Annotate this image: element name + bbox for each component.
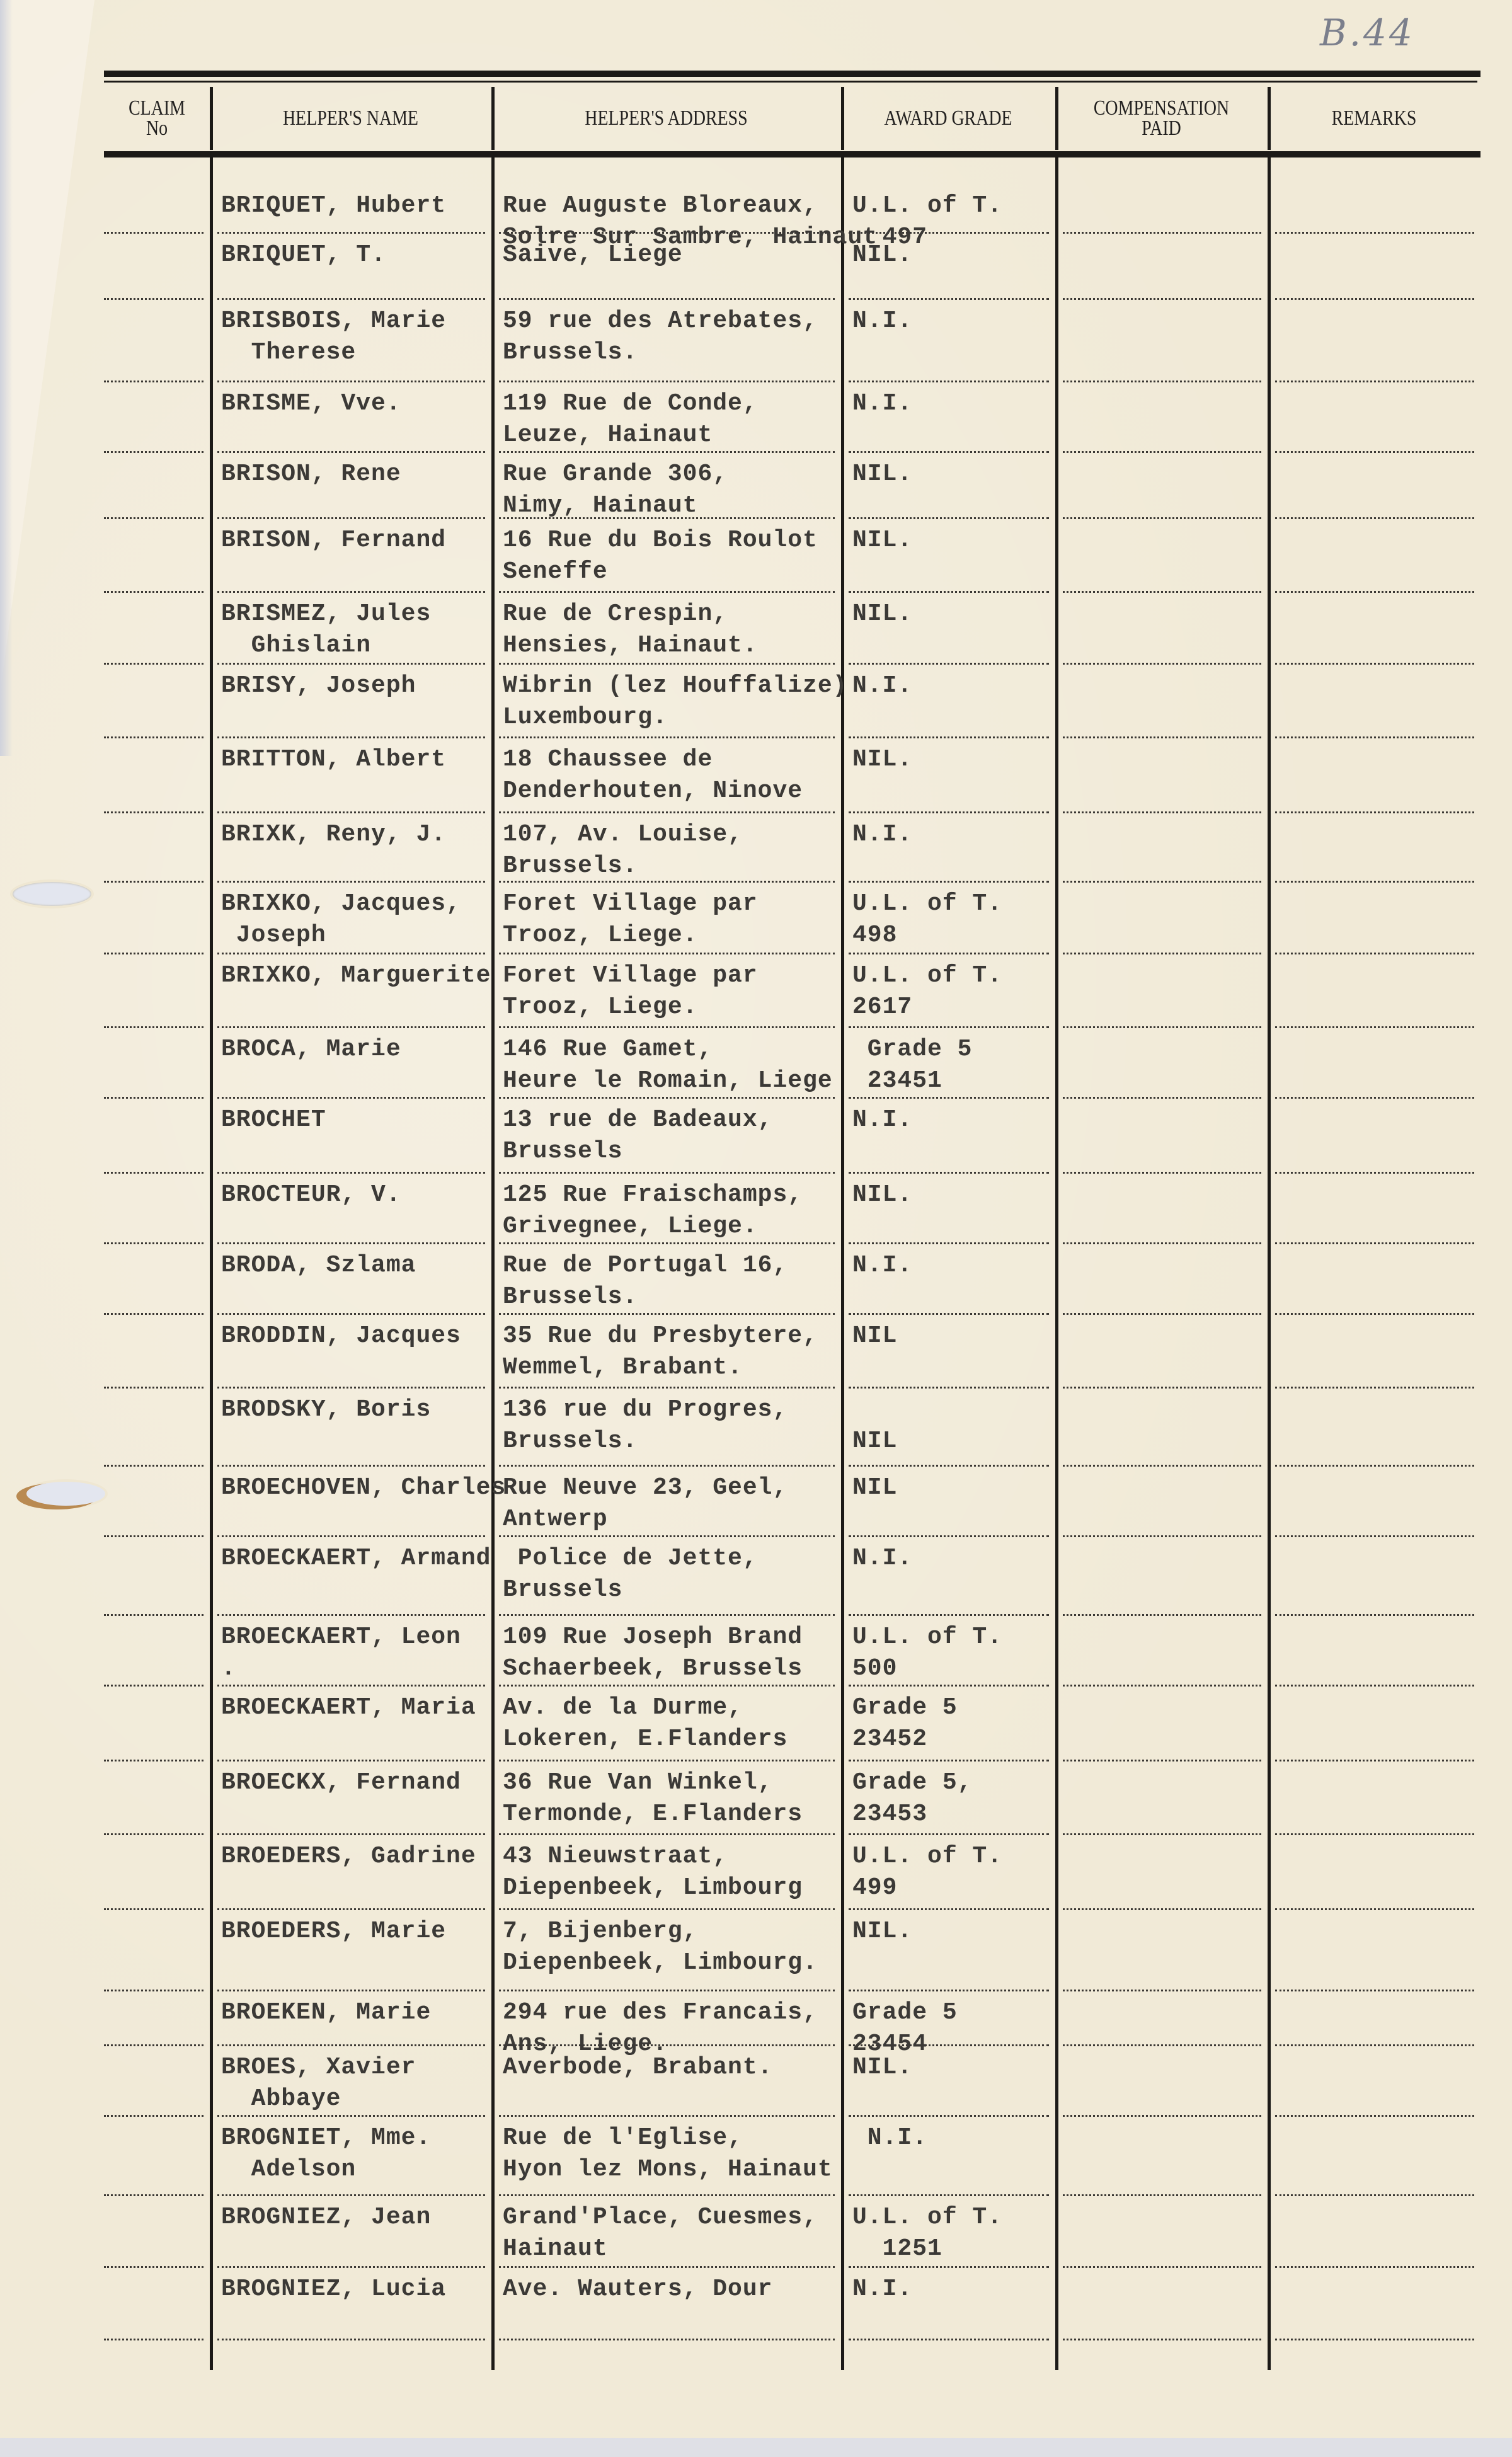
row-separator — [217, 381, 485, 382]
cell-address: 43 Nieuwstraat, Diepenbeek, Limbourg — [503, 1841, 803, 1904]
row-separator — [1275, 1833, 1474, 1835]
cell-address: 146 Rue Gamet, Heure le Romain, Liege — [503, 1034, 833, 1097]
row-separator — [1063, 1535, 1261, 1537]
cell-address: 16 Rue du Bois Roulot Seneffe — [503, 525, 818, 588]
row-separator — [1275, 298, 1474, 300]
row-separator — [849, 663, 1049, 665]
row-separator — [1063, 1760, 1261, 1761]
row-separator — [1275, 1760, 1474, 1761]
row-separator — [849, 517, 1049, 519]
document-page: B.44 CLAIM NoHELPER'S NAMEHELPER'S ADDRE… — [0, 0, 1512, 2438]
row-separator — [104, 1685, 203, 1687]
row-separator — [104, 736, 203, 738]
punch-hole — [13, 882, 91, 906]
row-separator — [499, 1833, 835, 1835]
row-separator — [849, 1760, 1049, 1761]
cell-award: Grade 5 23451 — [852, 1034, 972, 1097]
row-separator — [849, 451, 1049, 453]
cell-name: BROECKX, Fernand — [221, 1767, 461, 1799]
header-top-rule — [104, 71, 1480, 77]
row-separator — [499, 381, 835, 382]
row-separator — [104, 811, 203, 813]
row-separator — [104, 1387, 203, 1389]
row-separator — [217, 591, 485, 593]
cell-name: BROES, Xavier Abbaye — [221, 2052, 416, 2115]
row-separator — [1275, 517, 1474, 519]
row-separator — [104, 953, 203, 954]
cell-name: BROGNIEZ, Jean — [221, 2202, 431, 2233]
row-separator — [217, 1685, 485, 1687]
cell-address: Rue de Crespin, Hensies, Hainaut. — [503, 598, 758, 661]
cell-address: Rue de Portugal 16, Brussels. — [503, 1250, 787, 1313]
cell-address: 294 rue des Francais, Ans, Liege. — [503, 1997, 818, 2060]
column-divider — [491, 157, 495, 2370]
row-separator — [499, 1313, 835, 1315]
row-separator — [217, 663, 485, 665]
row-separator — [499, 451, 835, 453]
row-separator — [1275, 1026, 1474, 1028]
row-separator — [1063, 1908, 1261, 1910]
row-separator — [1275, 1313, 1474, 1315]
cell-award: NIL — [852, 1320, 897, 1352]
row-separator — [217, 1614, 485, 1616]
row-separator — [104, 1172, 203, 1174]
row-separator — [104, 1313, 203, 1315]
row-separator — [1063, 1313, 1261, 1315]
row-separator — [217, 232, 485, 234]
cell-award: Grade 5 23452 — [852, 1692, 958, 1755]
row-separator — [849, 1387, 1049, 1389]
row-separator — [499, 2194, 835, 2196]
row-separator — [217, 298, 485, 300]
column-header-address: HELPER'S ADDRESS — [523, 87, 810, 150]
cell-name: BRIXKO, Jacques, Joseph — [221, 888, 461, 951]
cell-award: N.I. — [852, 2274, 912, 2305]
row-separator — [104, 591, 203, 593]
row-separator — [1275, 451, 1474, 453]
cell-name: BROGNIEZ, Lucia — [221, 2274, 446, 2305]
cell-award: N.I. — [852, 1543, 912, 1574]
row-separator — [1275, 2339, 1474, 2340]
row-separator — [1063, 2266, 1261, 2268]
row-separator — [104, 2044, 203, 2046]
row-separator — [499, 1908, 835, 1910]
row-separator — [499, 953, 835, 954]
row-separator — [499, 2115, 835, 2117]
row-separator — [499, 1465, 835, 1467]
cell-name: BRISY, Joseph — [221, 670, 416, 702]
cell-name: BRISON, Fernand — [221, 525, 446, 556]
cell-address: 36 Rue Van Winkel, Termonde, E.Flanders — [503, 1767, 803, 1830]
header-top-thin-rule — [104, 81, 1477, 83]
cell-name: BROGNIET, Mme. Adelson — [221, 2122, 431, 2185]
row-separator — [1275, 2115, 1474, 2117]
row-separator — [849, 1614, 1049, 1616]
cell-award: N.I. — [852, 306, 912, 337]
page-edge-shadow — [0, 0, 13, 756]
row-separator — [1275, 1908, 1474, 1910]
row-separator — [217, 953, 485, 954]
row-separator — [104, 517, 203, 519]
row-separator — [1063, 591, 1261, 593]
column-header-name: HELPER'S NAME — [235, 87, 466, 150]
cell-name: BROCA, Marie — [221, 1034, 401, 1065]
row-separator — [499, 591, 835, 593]
row-separator — [499, 1614, 835, 1616]
row-separator — [1275, 381, 1474, 382]
row-separator — [849, 1097, 1049, 1099]
cell-name: BRISME, Vve. — [221, 388, 401, 420]
cell-award: NIL. — [852, 459, 912, 490]
row-separator — [1063, 2194, 1261, 2196]
row-separator — [104, 1760, 203, 1761]
cell-address: Wibrin (lez Houffalize) Luxembourg. — [503, 670, 848, 733]
row-separator — [849, 1026, 1049, 1028]
row-separator — [1063, 736, 1261, 738]
row-separator — [104, 1614, 203, 1616]
cell-name: BROCHET — [221, 1104, 326, 1136]
row-separator — [104, 1097, 203, 1099]
row-separator — [1275, 1685, 1474, 1687]
row-separator — [499, 811, 835, 813]
row-separator — [104, 381, 203, 382]
row-separator — [1063, 1242, 1261, 1244]
row-separator — [217, 2194, 485, 2196]
row-separator — [1063, 881, 1261, 883]
column-divider — [841, 157, 844, 2370]
row-separator — [104, 232, 203, 234]
cell-name: BROEDERS, Gadrine — [221, 1841, 476, 1872]
cell-name: BRISMEZ, Jules Ghislain — [221, 598, 431, 661]
header-column-divider — [491, 87, 495, 150]
row-separator — [217, 1535, 485, 1537]
cell-award: U.L. of T. 2617 — [852, 960, 1002, 1023]
cell-award: NIL. — [852, 1916, 912, 1947]
cell-award: U.L. of T. 499 — [852, 1841, 1002, 1904]
cell-address: Foret Village par Trooz, Liege. — [503, 960, 758, 1023]
row-separator — [217, 1465, 485, 1467]
row-separator — [104, 663, 203, 665]
cell-award: U.L. of T. 1251 — [852, 2202, 1002, 2265]
row-separator — [1063, 2044, 1261, 2046]
row-separator — [499, 1097, 835, 1099]
row-separator — [104, 1990, 203, 1991]
row-separator — [849, 2339, 1049, 2340]
row-separator — [1275, 2044, 1474, 2046]
row-separator — [1275, 1097, 1474, 1099]
cell-name: BROECKAERT, Leon . — [221, 1622, 461, 1685]
row-separator — [499, 1172, 835, 1174]
cell-award: NIL. — [852, 239, 912, 271]
cell-award: N.I. — [852, 670, 912, 702]
cell-address: 109 Rue Joseph Brand Schaerbeek, Brussel… — [503, 1622, 803, 1685]
cell-address: Police de Jette, Brussels — [503, 1543, 758, 1606]
row-separator — [1063, 1387, 1261, 1389]
row-separator — [1063, 232, 1261, 234]
row-separator — [1063, 1833, 1261, 1835]
row-separator — [104, 1535, 203, 1537]
reference-mark: B.44 — [1320, 11, 1415, 54]
cell-award: N.I. — [852, 1250, 912, 1281]
cell-award: NIL. — [852, 2052, 912, 2083]
cell-award: NIL. — [852, 1179, 912, 1211]
row-separator — [499, 663, 835, 665]
cell-award: N.I. — [852, 1104, 912, 1136]
row-separator — [1275, 1242, 1474, 1244]
cell-name: BRIXKO, Marguerite — [221, 960, 491, 992]
row-separator — [1063, 953, 1261, 954]
row-separator — [1275, 1387, 1474, 1389]
row-separator — [849, 811, 1049, 813]
row-separator — [1275, 663, 1474, 665]
cell-address: 18 Chaussee de Denderhouten, Ninove — [503, 744, 803, 807]
header-column-divider — [1268, 87, 1271, 150]
row-separator — [849, 381, 1049, 382]
row-separator — [104, 451, 203, 453]
header-bottom-rule — [104, 151, 1480, 157]
row-separator — [217, 1760, 485, 1761]
row-separator — [104, 1242, 203, 1244]
cell-award: NIL. — [852, 525, 912, 556]
row-separator — [1063, 1172, 1261, 1174]
row-separator — [1275, 2194, 1474, 2196]
row-separator — [499, 1387, 835, 1389]
row-separator — [217, 811, 485, 813]
cell-name: BROECKAERT, Maria — [221, 1692, 476, 1724]
row-separator — [1063, 1990, 1261, 1991]
row-separator — [104, 881, 203, 883]
cell-address: Ave. Wauters, Dour — [503, 2274, 772, 2305]
row-separator — [104, 2194, 203, 2196]
column-header-award: AWARD GRADE — [861, 87, 1036, 150]
cell-address: Rue Grande 306, Nimy, Hainaut — [503, 459, 728, 522]
row-separator — [217, 1026, 485, 1028]
cell-name: BRIXK, Reny, J. — [221, 819, 446, 850]
cell-address: 13 rue de Badeaux, Brussels — [503, 1104, 772, 1167]
row-separator — [1063, 2115, 1261, 2117]
row-separator — [849, 2194, 1049, 2196]
row-separator — [217, 2115, 485, 2117]
row-separator — [849, 591, 1049, 593]
cell-address: 7, Bijenberg, Diepenbeek, Limbourg. — [503, 1916, 818, 1979]
row-separator — [849, 881, 1049, 883]
column-divider — [210, 157, 213, 2370]
row-separator — [1275, 1535, 1474, 1537]
cell-award: U.L. of T. 498 — [852, 888, 1002, 951]
row-separator — [1063, 1685, 1261, 1687]
row-separator — [104, 1465, 203, 1467]
row-separator — [104, 2266, 203, 2268]
row-separator — [1063, 2339, 1261, 2340]
row-separator — [499, 2266, 835, 2268]
cell-address: 59 rue des Atrebates, Brussels. — [503, 306, 818, 369]
row-separator — [104, 1026, 203, 1028]
row-separator — [217, 2044, 485, 2046]
cell-address: 119 Rue de Conde, Leuze, Hainaut — [503, 388, 758, 451]
row-separator — [104, 1833, 203, 1835]
row-separator — [849, 953, 1049, 954]
column-header-compensation: COMPENSATION PAID — [1074, 87, 1248, 150]
cell-name: BROEKEN, Marie — [221, 1997, 431, 2029]
row-separator — [849, 1833, 1049, 1835]
cell-award: NIL. — [852, 744, 912, 776]
row-separator — [217, 881, 485, 883]
cell-name: BRIQUET, T. — [221, 239, 386, 271]
header-column-divider — [841, 87, 844, 150]
cell-award: NIL — [852, 1472, 897, 1504]
cell-award: NIL — [852, 1394, 897, 1457]
cell-address: 107, Av. Louise, Brussels. — [503, 819, 743, 882]
cell-name: BRIQUET, Hubert — [221, 190, 446, 222]
row-separator — [849, 1313, 1049, 1315]
cell-name: BROEDERS, Marie — [221, 1916, 446, 1947]
row-separator — [217, 1313, 485, 1315]
cell-name: BROECHOVEN, Charles — [221, 1472, 506, 1504]
column-divider — [1268, 157, 1271, 2370]
column-divider — [1055, 157, 1058, 2370]
row-separator — [499, 298, 835, 300]
row-separator — [499, 1685, 835, 1687]
row-separator — [849, 1465, 1049, 1467]
column-header-claim-no: CLAIM No — [113, 87, 200, 150]
cell-name: BROCTEUR, V. — [221, 1179, 401, 1211]
cell-address: Rue de l'Eglise, Hyon lez Mons, Hainaut — [503, 2122, 833, 2185]
cell-address: Rue Neuve 23, Geel, Antwerp — [503, 1472, 787, 1535]
row-separator — [1275, 881, 1474, 883]
cell-address: 125 Rue Fraischamps, Grivegnee, Liege. — [503, 1179, 803, 1242]
row-separator — [1063, 1465, 1261, 1467]
cell-award: Grade 5 23454 — [852, 1997, 958, 2060]
cell-award: N.I. — [852, 388, 912, 420]
row-separator — [1275, 736, 1474, 738]
row-separator — [849, 1535, 1049, 1537]
row-separator — [1063, 381, 1261, 382]
row-separator — [1063, 298, 1261, 300]
row-separator — [1275, 1172, 1474, 1174]
row-separator — [104, 298, 203, 300]
cell-address: Averbode, Brabant. — [503, 2052, 772, 2083]
cell-award: Grade 5, 23453 — [852, 1767, 972, 1830]
cell-award: NIL. — [852, 598, 912, 630]
row-separator — [849, 1685, 1049, 1687]
row-separator — [849, 1242, 1049, 1244]
row-separator — [1063, 1026, 1261, 1028]
row-separator — [217, 736, 485, 738]
row-separator — [217, 1242, 485, 1244]
row-separator — [217, 451, 485, 453]
row-separator — [499, 736, 835, 738]
row-separator — [217, 1097, 485, 1099]
cell-name: BRODSKY, Boris — [221, 1394, 431, 1426]
cell-award: N.I. — [852, 819, 912, 850]
row-separator — [217, 1990, 485, 1991]
row-separator — [1275, 1465, 1474, 1467]
cell-name: BRISBOIS, Marie Therese — [221, 306, 446, 369]
cell-name: BRODA, Szlama — [221, 1250, 416, 1281]
row-separator — [1063, 663, 1261, 665]
row-separator — [849, 2266, 1049, 2268]
row-separator — [1063, 1614, 1261, 1616]
row-separator — [1063, 811, 1261, 813]
row-separator — [1275, 1990, 1474, 1991]
row-separator — [1275, 811, 1474, 813]
row-separator — [217, 2339, 485, 2340]
header-column-divider — [1055, 87, 1058, 150]
cell-name: BRODDIN, Jacques — [221, 1320, 461, 1352]
cell-address: 136 rue du Progres, Brussels. — [503, 1394, 787, 1457]
row-separator — [849, 2115, 1049, 2117]
row-separator — [849, 1172, 1049, 1174]
row-separator — [104, 2115, 203, 2117]
row-separator — [499, 1026, 835, 1028]
cell-address: Av. de la Durme, Lokeren, E.Flanders — [503, 1692, 787, 1755]
folded-corner — [0, 0, 94, 693]
header-column-divider — [210, 87, 213, 150]
row-separator — [499, 1535, 835, 1537]
row-separator — [499, 1242, 835, 1244]
row-separator — [217, 1387, 485, 1389]
row-separator — [849, 1990, 1049, 1991]
row-separator — [849, 1908, 1049, 1910]
row-separator — [217, 1908, 485, 1910]
row-separator — [217, 2266, 485, 2268]
row-separator — [1275, 953, 1474, 954]
row-separator — [1275, 232, 1474, 234]
punch-hole — [26, 1482, 105, 1506]
row-separator — [499, 2339, 835, 2340]
row-separator — [499, 1990, 835, 1991]
cell-award: U.L. of T. 500 — [852, 1622, 1002, 1685]
cell-name: BROECKAERT, Armand — [221, 1543, 491, 1574]
row-separator — [1063, 1097, 1261, 1099]
cell-address: 35 Rue du Presbytere, Wemmel, Brabant. — [503, 1320, 818, 1383]
row-separator — [104, 2339, 203, 2340]
cell-address: Grand'Place, Cuesmes, Hainaut — [503, 2202, 818, 2265]
cell-address: Foret Village par Trooz, Liege. — [503, 888, 758, 951]
cell-name: BRISON, Rene — [221, 459, 401, 490]
cell-award: N.I. — [852, 2122, 927, 2154]
cell-address: Saive, Liege — [503, 239, 683, 271]
row-separator — [1275, 591, 1474, 593]
row-separator — [849, 736, 1049, 738]
row-separator — [217, 1833, 485, 1835]
row-separator — [1063, 451, 1261, 453]
row-separator — [1275, 1614, 1474, 1616]
row-separator — [1063, 517, 1261, 519]
row-separator — [217, 1172, 485, 1174]
row-separator — [849, 298, 1049, 300]
row-separator — [217, 517, 485, 519]
row-separator — [1275, 2266, 1474, 2268]
cell-name: BRITTON, Albert — [221, 744, 446, 776]
row-separator — [499, 1760, 835, 1761]
row-separator — [104, 1908, 203, 1910]
column-header-remarks: REMARKS — [1286, 87, 1461, 150]
